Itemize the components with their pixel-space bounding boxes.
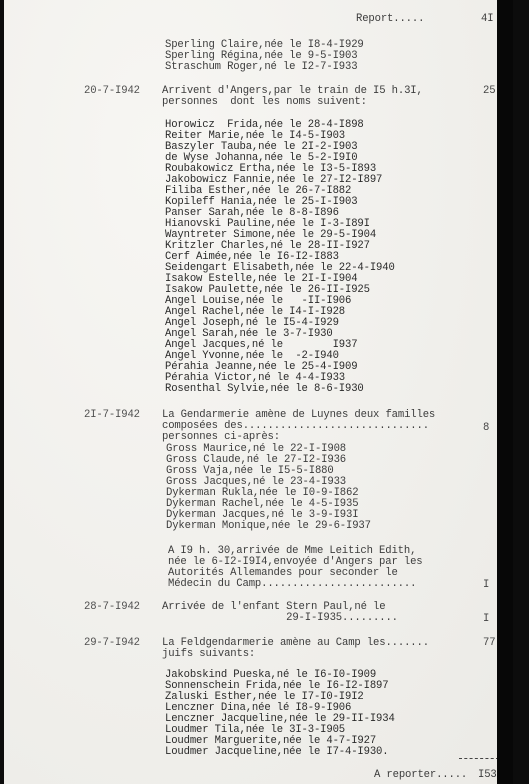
list-item: Dykerman Monique,née le 29-6-I937 — [166, 521, 371, 532]
entry-date: 28-7-I942 — [84, 602, 140, 613]
note-count: I — [483, 580, 489, 591]
description-line: personnes ci-après: — [162, 432, 435, 443]
total-rule — [459, 758, 499, 759]
entry-count: I — [483, 614, 489, 625]
scan-edge — [497, 0, 513, 784]
entry-count: 8 — [483, 423, 489, 434]
entry-date: 29-7-I942 — [84, 638, 140, 649]
description-line: personnes dont les noms suivent: — [162, 97, 423, 108]
names-list: Horowicz Frida,née le 28-4-I898Reiter Ma… — [165, 120, 395, 395]
list-item: Straschum Roger,né le I2-7-I933 — [165, 62, 364, 73]
names-list: Jakobskind Pueska,né le I6-I0-I909Sonnen… — [165, 670, 395, 758]
entry-description: La Gendarmerie amène de Luynes deux fami… — [162, 410, 435, 443]
report-label: Report..... — [356, 14, 424, 25]
list-item: Rosenthal Sylvie,née le 8-6-I930 — [165, 384, 395, 395]
entry-description: La Feldgendarmerie amène au Camp les....… — [162, 638, 429, 660]
entry-date: 20-7-I942 — [84, 86, 140, 97]
typewritten-document-page: Report..... 4I Sperling Claire,née le I8… — [4, 0, 513, 784]
list-item: Loudmer Jacqueline,née le I7-4-I930. — [165, 747, 395, 758]
entry-count: 25 — [483, 86, 495, 97]
opening-names-list: Sperling Claire,née le I8-4-I929 Sperlin… — [165, 40, 364, 73]
description-line: 29-I-I935......... — [162, 613, 398, 624]
names-list: Gross Maurice,né le 22-I-I908Gross Claud… — [166, 444, 371, 532]
description-line: juifs suivants: — [162, 649, 429, 660]
note-line: Médecin du Camp......................... — [168, 579, 423, 590]
carry-forward-label: A reporter..... — [374, 770, 467, 781]
entry-date: 2I-7-I942 — [84, 410, 140, 421]
entry-count: 77 — [483, 638, 495, 649]
carry-forward-value: I53 — [478, 770, 497, 781]
arrival-note: A I9 h. 30,arrivée de Mme Leitich Edith,… — [168, 546, 423, 590]
entry-description: Arrivée de l'enfant Stern Paul,né le 29-… — [162, 602, 398, 624]
entry-description: Arrivent d'Angers,par le train de I5 h.3… — [162, 86, 423, 108]
report-value: 4I — [481, 14, 493, 25]
